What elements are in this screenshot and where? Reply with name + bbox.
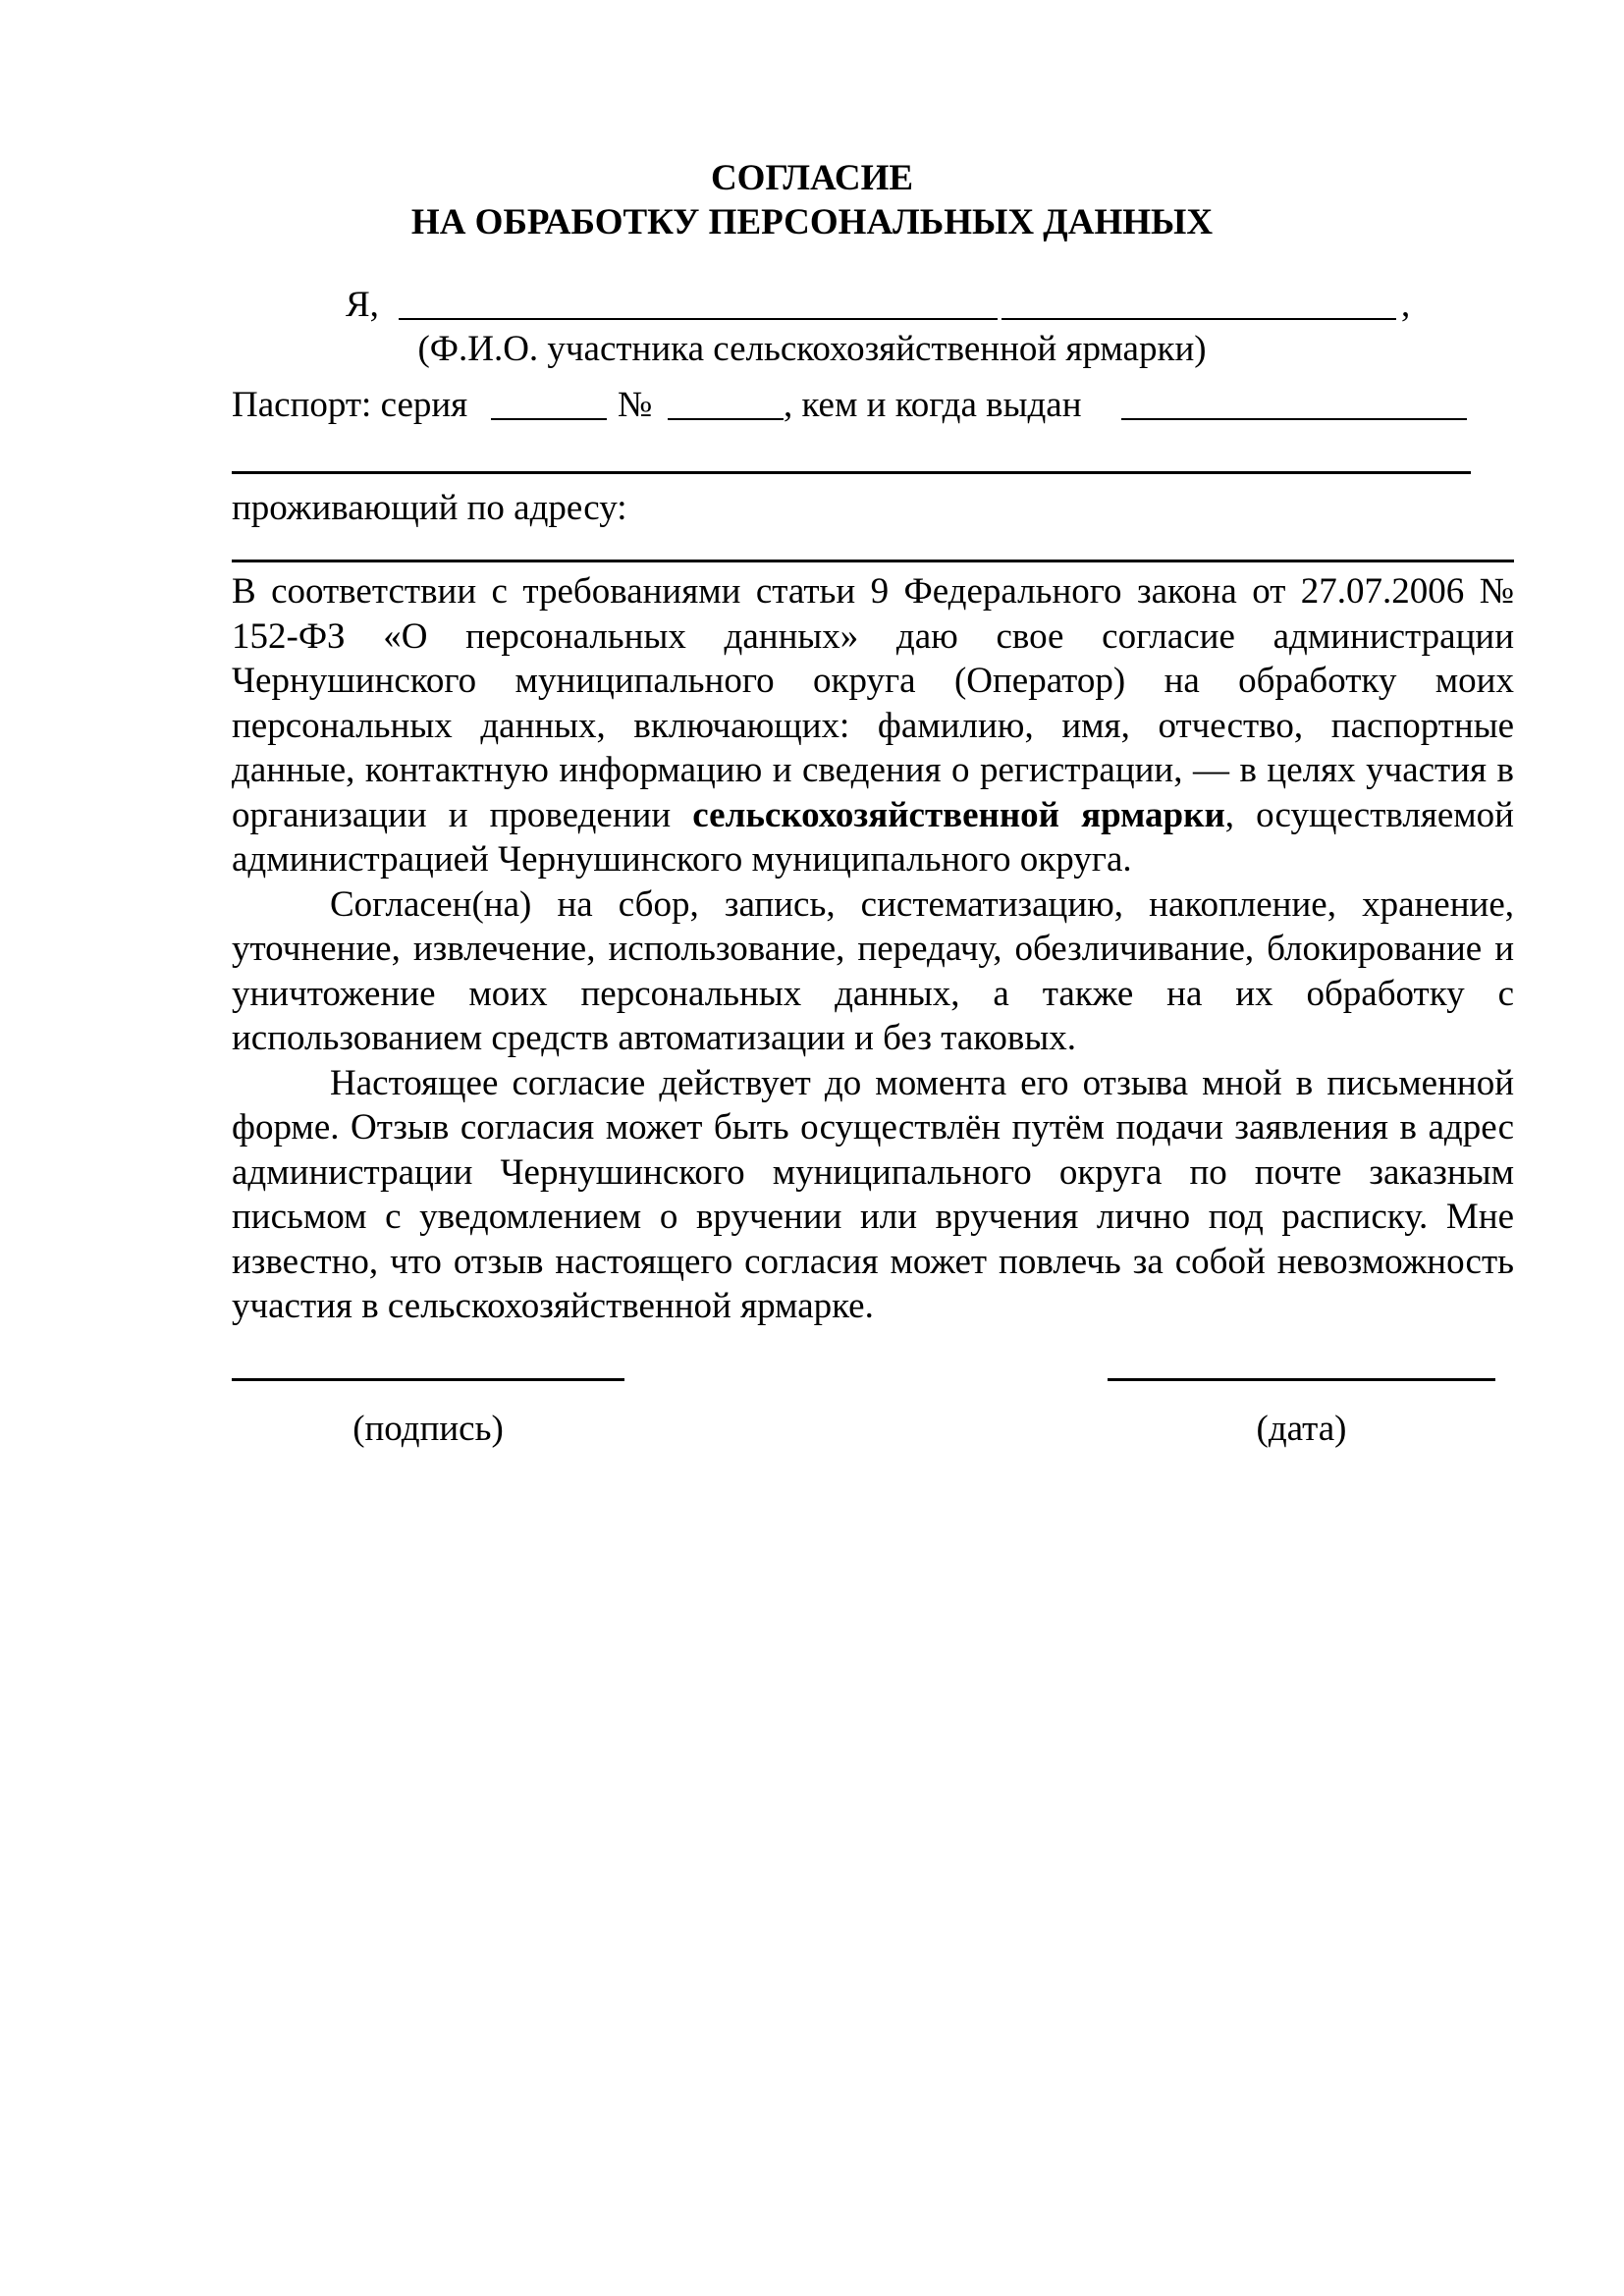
- consent-body: В соответствии с требованиями статьи 9 Ф…: [232, 569, 1514, 1329]
- passport-number-label: №: [618, 383, 652, 427]
- name-prefix: Я,: [346, 283, 379, 327]
- document-title: СОГЛАСИЕ: [0, 157, 1624, 200]
- passport-issued-field[interactable]: [1121, 383, 1467, 420]
- passport-row: Паспорт: серия № , кем и когда выдан: [232, 383, 1469, 427]
- passport-issued-field-continued[interactable]: [232, 471, 1471, 474]
- date-caption: (дата): [1108, 1407, 1495, 1451]
- passport-issued-label: , кем и когда выдан: [784, 383, 1082, 427]
- address-label: проживающий по адресу:: [232, 486, 627, 530]
- consent-paragraph-3: Настоящее согласие действует до момента …: [232, 1061, 1514, 1329]
- name-suffix: ,: [1401, 283, 1410, 327]
- consent-paragraph-1: В соответствии с требованиями статьи 9 Ф…: [232, 569, 1514, 882]
- passport-series-label: Паспорт: серия: [232, 383, 467, 427]
- signature-field[interactable]: [232, 1378, 624, 1381]
- fair-name-bold: сельскохозяйственной ярмарки: [692, 795, 1224, 835]
- address-field[interactable]: [232, 560, 1514, 562]
- consent-form-page: СОГЛАСИЕ НА ОБРАБОТКУ ПЕРСОНАЛЬНЫХ ДАННЫ…: [0, 0, 1624, 2296]
- document-subtitle: НА ОБРАБОТКУ ПЕРСОНАЛЬНЫХ ДАННЫХ: [0, 201, 1624, 244]
- consent-paragraph-2: Согласен(на) на сбор, запись, систематиз…: [232, 882, 1514, 1061]
- full-name-caption: (Ф.И.О. участника сельскохозяйственной я…: [0, 327, 1624, 371]
- full-name-row: Я, ,: [346, 283, 1416, 327]
- date-field[interactable]: [1108, 1378, 1495, 1381]
- passport-number-field[interactable]: [668, 383, 784, 420]
- full-name-field[interactable]: [399, 283, 998, 320]
- full-name-field-continued[interactable]: [1001, 283, 1396, 320]
- passport-series-field[interactable]: [491, 383, 607, 420]
- signature-caption: (подпись): [232, 1407, 624, 1451]
